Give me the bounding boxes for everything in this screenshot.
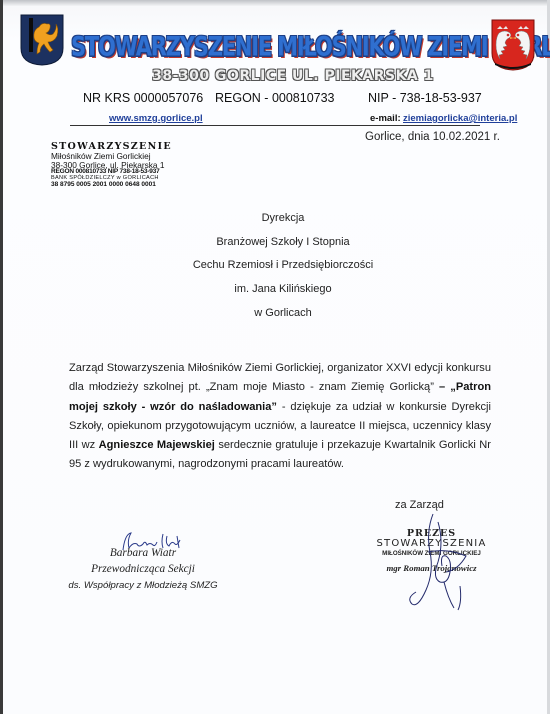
email-label: e-mail:	[370, 113, 401, 124]
laureate-name: Agnieszce Majewskiej	[99, 439, 215, 451]
website-link[interactable]: www.smzg.gorlice.pl	[109, 113, 203, 124]
signatory-role: Przewodnicząca Sekcji	[63, 563, 223, 575]
addressee-line: Dyrekcja	[153, 207, 413, 231]
signatory-department: ds. Współpracy z Młodzieżą SMZG	[43, 580, 243, 591]
signatory-name: Barbara Wiatr	[63, 547, 223, 559]
president-name: mgr Roman Trojanowicz	[369, 563, 494, 573]
nip-number: NIP - 738-18-53-937	[368, 91, 482, 105]
gorlice-lion-crest-icon	[20, 14, 64, 66]
letter-date: Gorlice, dnia 10.02.2021 r.	[365, 131, 500, 143]
letter-page: STOWARZYSZENIE MIŁOŚNIKÓW ZIEMI GORLICKI…	[0, 0, 550, 714]
addressee-line: Cechu Rzemiosł i Przedsiębiorczości	[153, 254, 413, 278]
organization-stamp: STOWARZYSZENIE Miłośników Ziemi Gorlicki…	[51, 142, 172, 189]
krs-number: NR KRS 0000057076	[83, 91, 203, 105]
regon-number: REGON - 000810733	[215, 91, 335, 105]
body-text: Zarząd Stowarzyszenia Miłośników Ziemi G…	[69, 362, 491, 393]
organization-address: 38-300 GORLICE UL. PIEKARSKA 1	[133, 68, 453, 84]
addressee-line: Branżowej Szkoły I Stopnia	[153, 231, 413, 255]
eagles-crest-icon	[491, 19, 535, 71]
addressee-line: im. Jana Kilińskiego	[153, 278, 413, 302]
on-behalf-of-board: za Zarząd	[395, 499, 444, 511]
stamp-line: 38 8795 0005 2001 0000 0648 0001	[51, 182, 172, 189]
header-divider	[70, 125, 480, 126]
email-link[interactable]: ziemiagorlicka@interia.pl	[403, 113, 517, 124]
president-stamp: PREZES STOWARZYSZENIA MIŁOŚNIKÓW ZIEMI G…	[369, 528, 494, 573]
addressee-line: w Gorlicach	[153, 302, 413, 326]
stamp-org-sub: MIŁOŚNIKÓW ZIEMI GORLICKIEJ	[369, 550, 494, 557]
addressee-block: Dyrekcja Branżowej Szkoły I Stopnia Cech…	[153, 207, 413, 325]
scan-top-shadow	[3, 0, 550, 6]
stamp-org: STOWARZYSZENIA	[369, 538, 494, 549]
letter-body: Zarząd Stowarzyszenia Miłośników Ziemi G…	[69, 359, 491, 475]
organization-banner: STOWARZYSZENIE MIŁOŚNIKÓW ZIEMI GORLICKI…	[71, 28, 481, 66]
